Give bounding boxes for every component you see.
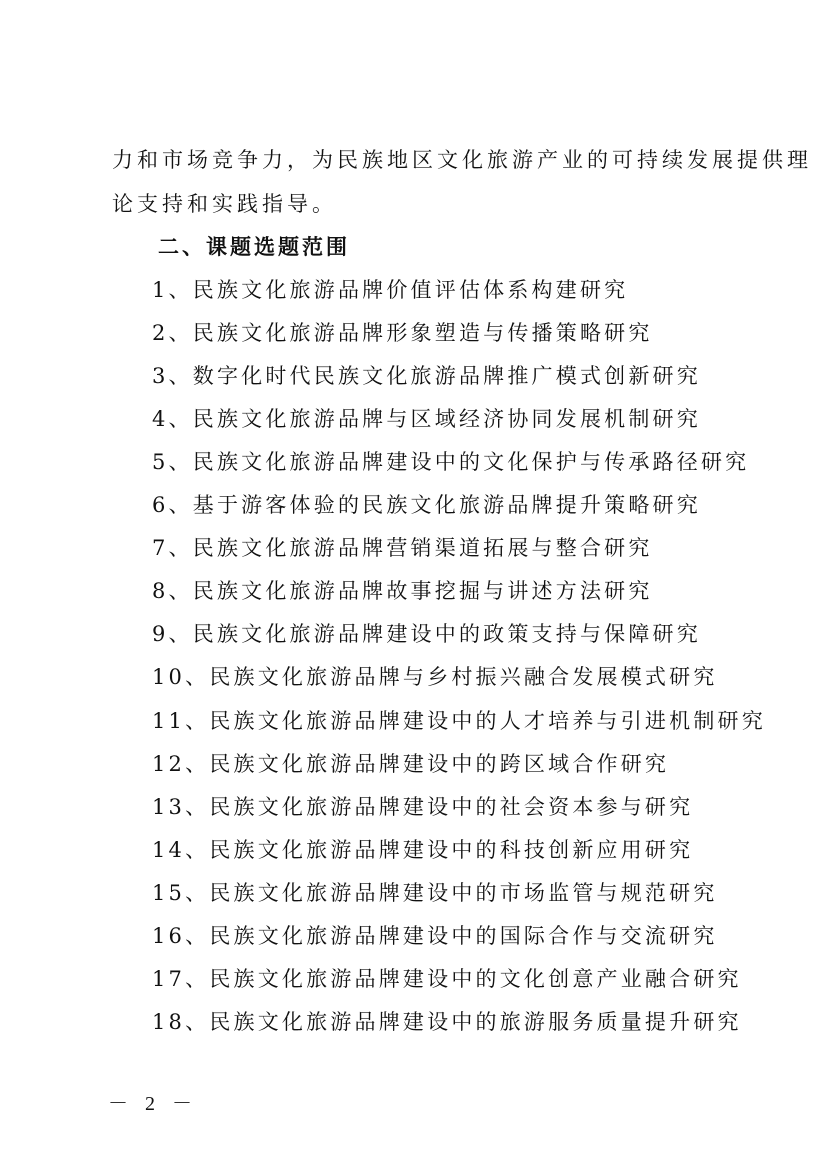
list-item: 8、民族文化旅游品牌故事挖掘与讲述方法研究: [152, 581, 653, 602]
paragraph-line: 论支持和实践指导。: [112, 194, 337, 215]
list-item: 10、民族文化旅游品牌与乡村振兴融合发展模式研究: [152, 667, 718, 688]
paragraph-line: 力和市场竞争力，为民族地区文化旅游产业的可持续发展提供理: [112, 150, 812, 171]
section-heading: 二、课题选题范围: [158, 237, 350, 258]
list-item: 16、民族文化旅游品牌建设中的国际合作与交流研究: [152, 926, 718, 947]
list-item: 7、民族文化旅游品牌营销渠道拓展与整合研究: [152, 538, 653, 559]
list-item: 14、民族文化旅游品牌建设中的科技创新应用研究: [152, 840, 693, 861]
list-item: 9、民族文化旅游品牌建设中的政策支持与保障研究: [152, 624, 701, 645]
list-item: 15、民族文化旅游品牌建设中的市场监管与规范研究: [152, 883, 718, 904]
page-number: － 2 －: [108, 1087, 198, 1116]
list-item: 17、民族文化旅游品牌建设中的文化创意产业融合研究: [152, 969, 742, 990]
list-item: 4、民族文化旅游品牌与区域经济协同发展机制研究: [152, 409, 701, 430]
list-item: 2、民族文化旅游品牌形象塑造与传播策略研究: [152, 323, 653, 344]
list-item: 12、民族文化旅游品牌建设中的跨区域合作研究: [152, 754, 669, 775]
list-item: 3、数字化时代民族文化旅游品牌推广模式创新研究: [152, 366, 701, 387]
list-item: 11、民族文化旅游品牌建设中的人才培养与引进机制研究: [152, 711, 766, 732]
list-item: 6、基于游客体验的民族文化旅游品牌提升策略研究: [152, 495, 701, 516]
list-item: 5、民族文化旅游品牌建设中的文化保护与传承路径研究: [152, 452, 749, 473]
list-item: 1、民族文化旅游品牌价值评估体系构建研究: [152, 280, 628, 301]
list-item: 18、民族文化旅游品牌建设中的旅游服务质量提升研究: [152, 1012, 742, 1033]
list-item: 13、民族文化旅游品牌建设中的社会资本参与研究: [152, 797, 693, 818]
